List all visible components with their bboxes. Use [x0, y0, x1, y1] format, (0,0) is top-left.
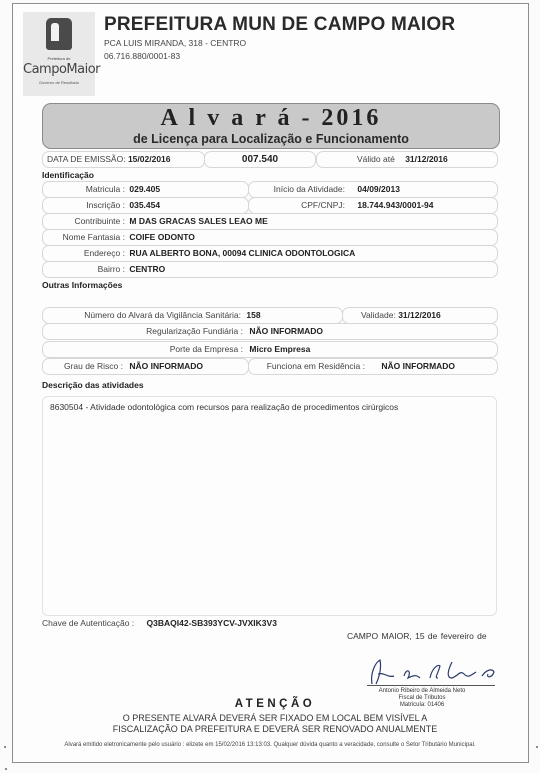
logo-slogan: Governo de Resultado	[23, 80, 95, 85]
bairro-value: CENTRO	[129, 264, 165, 274]
emission-date-value: 15/02/2016	[128, 154, 171, 164]
grau-risco-field: Grau de Risco : NÃO INFORMADO	[42, 358, 249, 375]
scan-speck	[4, 746, 6, 748]
grau-risco-label: Grau de Risco :	[43, 359, 123, 374]
inscricao-value: 035.454	[129, 200, 160, 210]
attention-line-2: FISCALIZAÇÃO DA PREFEITURA E DEVERÁ SER …	[10, 724, 540, 735]
document-title: A l v a r á - 2016	[43, 105, 499, 131]
municipality-cnpj: 06.716.880/0001-83	[104, 51, 180, 61]
inscricao-label: Inscrição :	[43, 198, 125, 213]
attention-line-1: O PRESENTE ALVARÁ DEVERÁ SER FIXADO EM L…	[10, 713, 540, 724]
regularizacao-label: Regularização Fundiária :	[43, 324, 243, 339]
place-date: CAMPO MAIOR, 15 de fevereiro de	[347, 631, 487, 641]
endereco-field: Endereço : RUA ALBERTO BONA, 00094 CLINI…	[42, 245, 498, 262]
funciona-residencia-value: NÃO INFORMADO	[381, 361, 455, 371]
logo-city: CampoMaior	[23, 62, 95, 77]
inicio-atividade-value: 04/09/2013	[357, 184, 400, 194]
validade-label: Validade:	[361, 310, 396, 320]
inicio-atividade-field: Início da Atividade: 04/09/2013	[248, 181, 498, 198]
valid-until-value: 31/12/2016	[405, 154, 448, 164]
section-identificacao: Identificação	[42, 170, 94, 180]
matricula-value: 029.405	[129, 184, 160, 194]
porte-empresa-label: Porte da Empresa :	[43, 342, 243, 357]
matricula-label: Matricula :	[43, 182, 125, 197]
funciona-residencia-field: Funciona em Residência : NÃO INFORMADO	[248, 358, 498, 375]
footer-note: Alvará emitido eletronicamente pelo usuá…	[20, 741, 520, 749]
municipality-address: PCA LUIS MIRANDA, 318 - CENTRO	[104, 38, 246, 48]
license-number-field: 007.540	[204, 151, 316, 168]
valid-until-field: Válido até 31/12/2016	[316, 151, 498, 168]
municipality-title: PREFEITURA MUN DE CAMPO MAIOR	[104, 14, 455, 36]
matricula-field: Matricula : 029.405	[42, 181, 249, 198]
scan-speck	[5, 768, 7, 770]
endereco-label: Endereço :	[43, 246, 125, 261]
signature-icon	[342, 654, 502, 688]
bairro-field: Bairro : CENTRO	[42, 261, 498, 278]
emission-date-label: DATA DE EMISSÃO:	[47, 154, 126, 164]
valid-until-label: Válido até	[357, 154, 395, 164]
document-title-box: A l v a r á - 2016 de Licença para Local…	[42, 103, 500, 149]
chave-value[interactable]: Q3BAQI42-SB393YCV-JVXIK3V3	[147, 618, 277, 628]
endereco-value: RUA ALBERTO BONA, 00094 CLINICA ODONTOLO…	[129, 248, 355, 258]
signature-line	[367, 685, 495, 686]
license-number: 007.540	[242, 154, 278, 165]
section-descricao-atividades: Descrição das atividades	[42, 380, 144, 390]
porte-empresa-value: Micro Empresa	[249, 344, 310, 354]
chave-autenticacao: Chave de Autenticação : Q3BAQI42-SB393YC…	[42, 618, 277, 628]
regularizacao-field: Regularização Fundiária : NÃO INFORMADO	[42, 323, 498, 340]
cpf-cnpj-field: CPF/CNPJ: 18.744.943/0001-94	[248, 197, 498, 214]
vigilancia-field: Número do Alvará da Vigilância Sanitária…	[42, 307, 343, 324]
inscricao-field: Inscrição : 035.454	[42, 197, 249, 214]
city-emblem-icon	[46, 18, 72, 50]
section-outras-informacoes: Outras Informações	[42, 280, 122, 290]
signatory-name: Antonio Ribeiro de Almeida Neto	[362, 688, 482, 695]
regularizacao-value: NÃO INFORMADO	[249, 326, 323, 336]
nome-fantasia-label: Nome Fantasia :	[43, 230, 125, 245]
document-subtitle: de Licença para Localização e Funcioname…	[43, 131, 499, 147]
validade-value: 31/12/2016	[398, 310, 441, 320]
contribuinte-field: Contribuinte : M DAS GRACAS SALES LEAO M…	[42, 213, 498, 230]
atividades-text: 8630504 - Atividade odontológica com rec…	[50, 402, 398, 412]
nome-fantasia-field: Nome Fantasia : COIFE ODONTO	[42, 229, 498, 246]
attention-text: O PRESENTE ALVARÁ DEVERÁ SER FIXADO EM L…	[0, 713, 540, 735]
atividades-box: 8630504 - Atividade odontológica com rec…	[42, 396, 497, 616]
city-logo: Prefeitura de CampoMaior Governo de Resu…	[23, 12, 95, 96]
grau-risco-value: NÃO INFORMADO	[129, 361, 203, 371]
funciona-residencia-label: Funciona em Residência :	[249, 359, 365, 374]
bairro-label: Bairro :	[43, 262, 125, 277]
contribuinte-label: Contribuinte :	[43, 214, 125, 229]
vigilancia-label: Número do Alvará da Vigilância Sanitária…	[43, 308, 241, 323]
chave-label: Chave de Autenticação :	[42, 618, 134, 628]
contribuinte-value: M DAS GRACAS SALES LEAO ME	[129, 216, 267, 226]
cpf-cnpj-value: 18.744.943/0001-94	[357, 200, 433, 210]
logo-prefix: Prefeitura de	[23, 56, 95, 61]
cpf-cnpj-label: CPF/CNPJ:	[249, 198, 345, 213]
emission-date-field: DATA DE EMISSÃO: 15/02/2016	[42, 151, 205, 168]
attention-title: ATENÇÃO	[0, 698, 540, 710]
inicio-atividade-label: Início da Atividade:	[249, 182, 345, 197]
vigilancia-value: 158	[246, 310, 260, 320]
porte-empresa-field: Porte da Empresa : Micro Empresa	[42, 341, 498, 358]
scan-speck	[536, 746, 538, 748]
nome-fantasia-value: COIFE ODONTO	[129, 232, 195, 242]
validade-field: Validade: 31/12/2016	[342, 307, 498, 324]
